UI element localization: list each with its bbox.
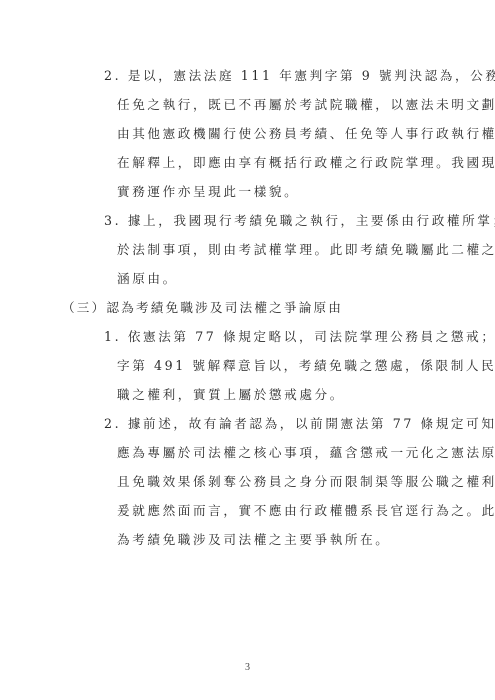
paragraph-line: 職之權利，實質上屬於懲戒處分。 <box>117 387 345 403</box>
paragraph-line: 在解釋上，即應由享有概括行政權之行政院掌理。我國現行 <box>117 155 495 171</box>
paragraph-line: 任免之執行，既已不再屬於考試院職權，以憲法未明文劃歸 <box>117 97 495 113</box>
paragraph-line: 涵原由。 <box>117 271 178 287</box>
paragraph-line: 實務運作亦呈現此一樣貌。 <box>117 184 299 200</box>
page-number: 3 <box>0 662 495 673</box>
paragraph-line: 由其他憲政機關行使公務員考績、任免等人事行政執行權， <box>117 126 495 142</box>
paragraph-line: 且免職效果係剝奪公務員之身分而限制渠等服公職之權利， <box>117 474 495 490</box>
paragraph-line: 爰就應然面而言，實不應由行政權體系長官逕行為之。此即 <box>117 503 495 519</box>
paragraph-line: 2. 據前述，故有論者認為，以前開憲法第 77 條規定可知，懲戒 <box>104 416 495 432</box>
section-heading: （三）認為考績免職涉及司法權之爭論原由 <box>62 300 343 316</box>
paragraph-line: 為考績免職涉及司法權之主要爭執所在。 <box>117 532 391 548</box>
paragraph-line: 2. 是以，憲法法庭 111 年憲判字第 9 號判決認為，公務員考績、 <box>104 68 495 84</box>
paragraph-line: 1. 依憲法第 77 條規定略以，司法院掌理公務員之懲戒；復按釋 <box>104 329 495 345</box>
paragraph-line: 於法制事項，則由考試權掌理。此即考績免職屬此二權之內 <box>117 242 495 258</box>
paragraph-line: 應為專屬於司法權之核心事項，蘊含懲戒一元化之憲法原則， <box>117 445 495 461</box>
paragraph-line: 3. 據上，我國現行考績免職之執行，主要係由行政權所掌；至 <box>104 213 495 229</box>
document-page: 2. 是以，憲法法庭 111 年憲判字第 9 號判決認為，公務員考績、 任免之執… <box>0 0 495 700</box>
paragraph-line: 字第 491 號解釋意旨以，考績免職之懲處，係限制人民服公 <box>117 358 495 374</box>
